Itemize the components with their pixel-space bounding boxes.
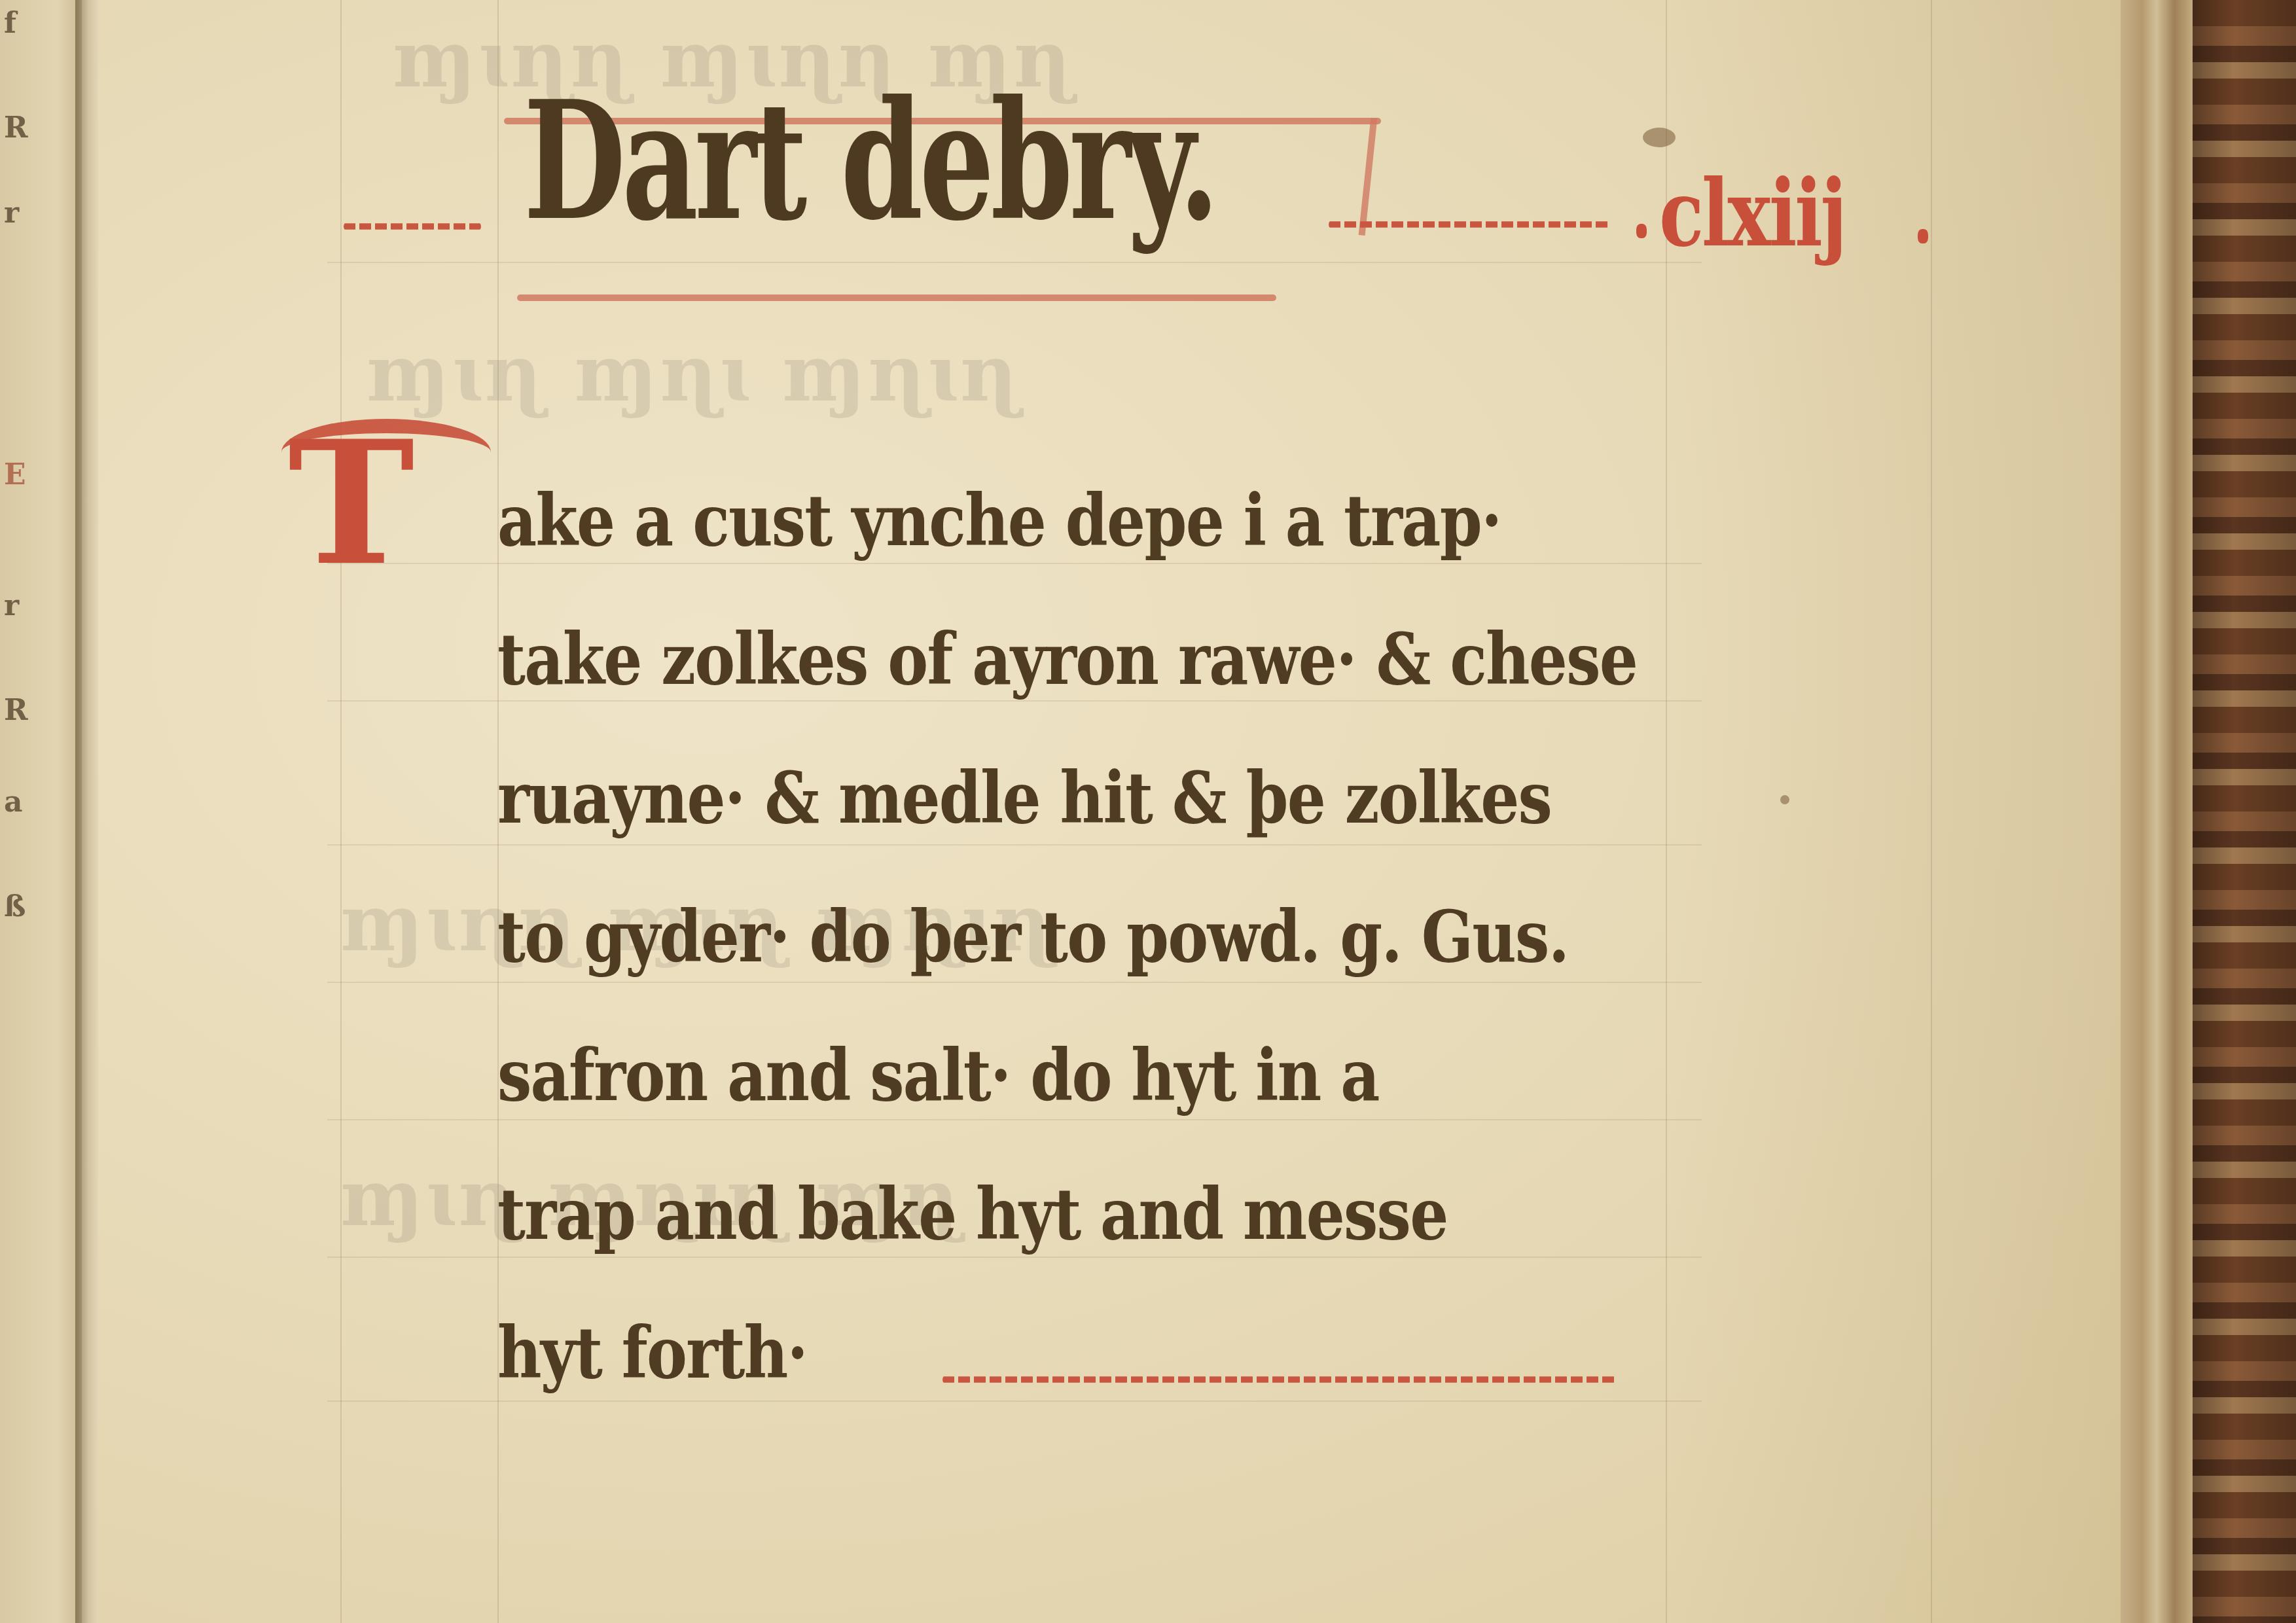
text-line: ake a cust ynche depe i a trap· — [497, 452, 1511, 590]
text-line: ruayne· & medle hit & þe zolkes — [497, 729, 1511, 868]
recipe-text: ake a cust ynche depe i a trap· take zol… — [497, 452, 1676, 1423]
margin-fragment: R — [4, 111, 28, 145]
margin-fragment: E — [4, 458, 26, 491]
margin-fragment: a — [4, 785, 23, 819]
ink-speck — [1780, 795, 1789, 804]
rubricated-initial: T — [288, 419, 414, 589]
folio-number: clxiij — [1659, 160, 1845, 268]
text-line: hyt forth· — [497, 1284, 1511, 1423]
folio-punctus — [1636, 224, 1647, 238]
margin-fragment: r — [4, 196, 19, 230]
folio-punctus — [1918, 229, 1928, 243]
facing-page-edge: f R r E r R a ß — [0, 0, 82, 1623]
show-through-text: ɱɩɳ ɱɳɩ ɱɳɩɳ — [367, 327, 1020, 419]
ruling-line — [1931, 0, 1932, 1623]
leather-binding — [2193, 0, 2296, 1623]
ink-stain — [1643, 128, 1676, 147]
text-line: to gyder· do þer to powd. g. Gus. — [497, 868, 1511, 1007]
title-frame — [517, 294, 1276, 301]
page-fore-edge — [2121, 0, 2193, 1623]
recipe-title: Dart debry. — [524, 79, 1216, 242]
margin-fragment: R — [4, 694, 28, 727]
text-line: take zolkes of ayron rawe· & chese — [497, 590, 1511, 729]
margin-fragment: r — [4, 589, 19, 622]
gutter-shadow — [75, 0, 101, 1623]
ruling-line — [327, 262, 1702, 263]
text-line: trap and bake hyt and messe — [497, 1145, 1511, 1284]
margin-fragment: f — [4, 7, 16, 40]
ruling-line — [340, 0, 342, 1623]
text-line: safron and salt· do hyt in a — [497, 1007, 1511, 1145]
margin-fragment: ß — [4, 890, 26, 923]
